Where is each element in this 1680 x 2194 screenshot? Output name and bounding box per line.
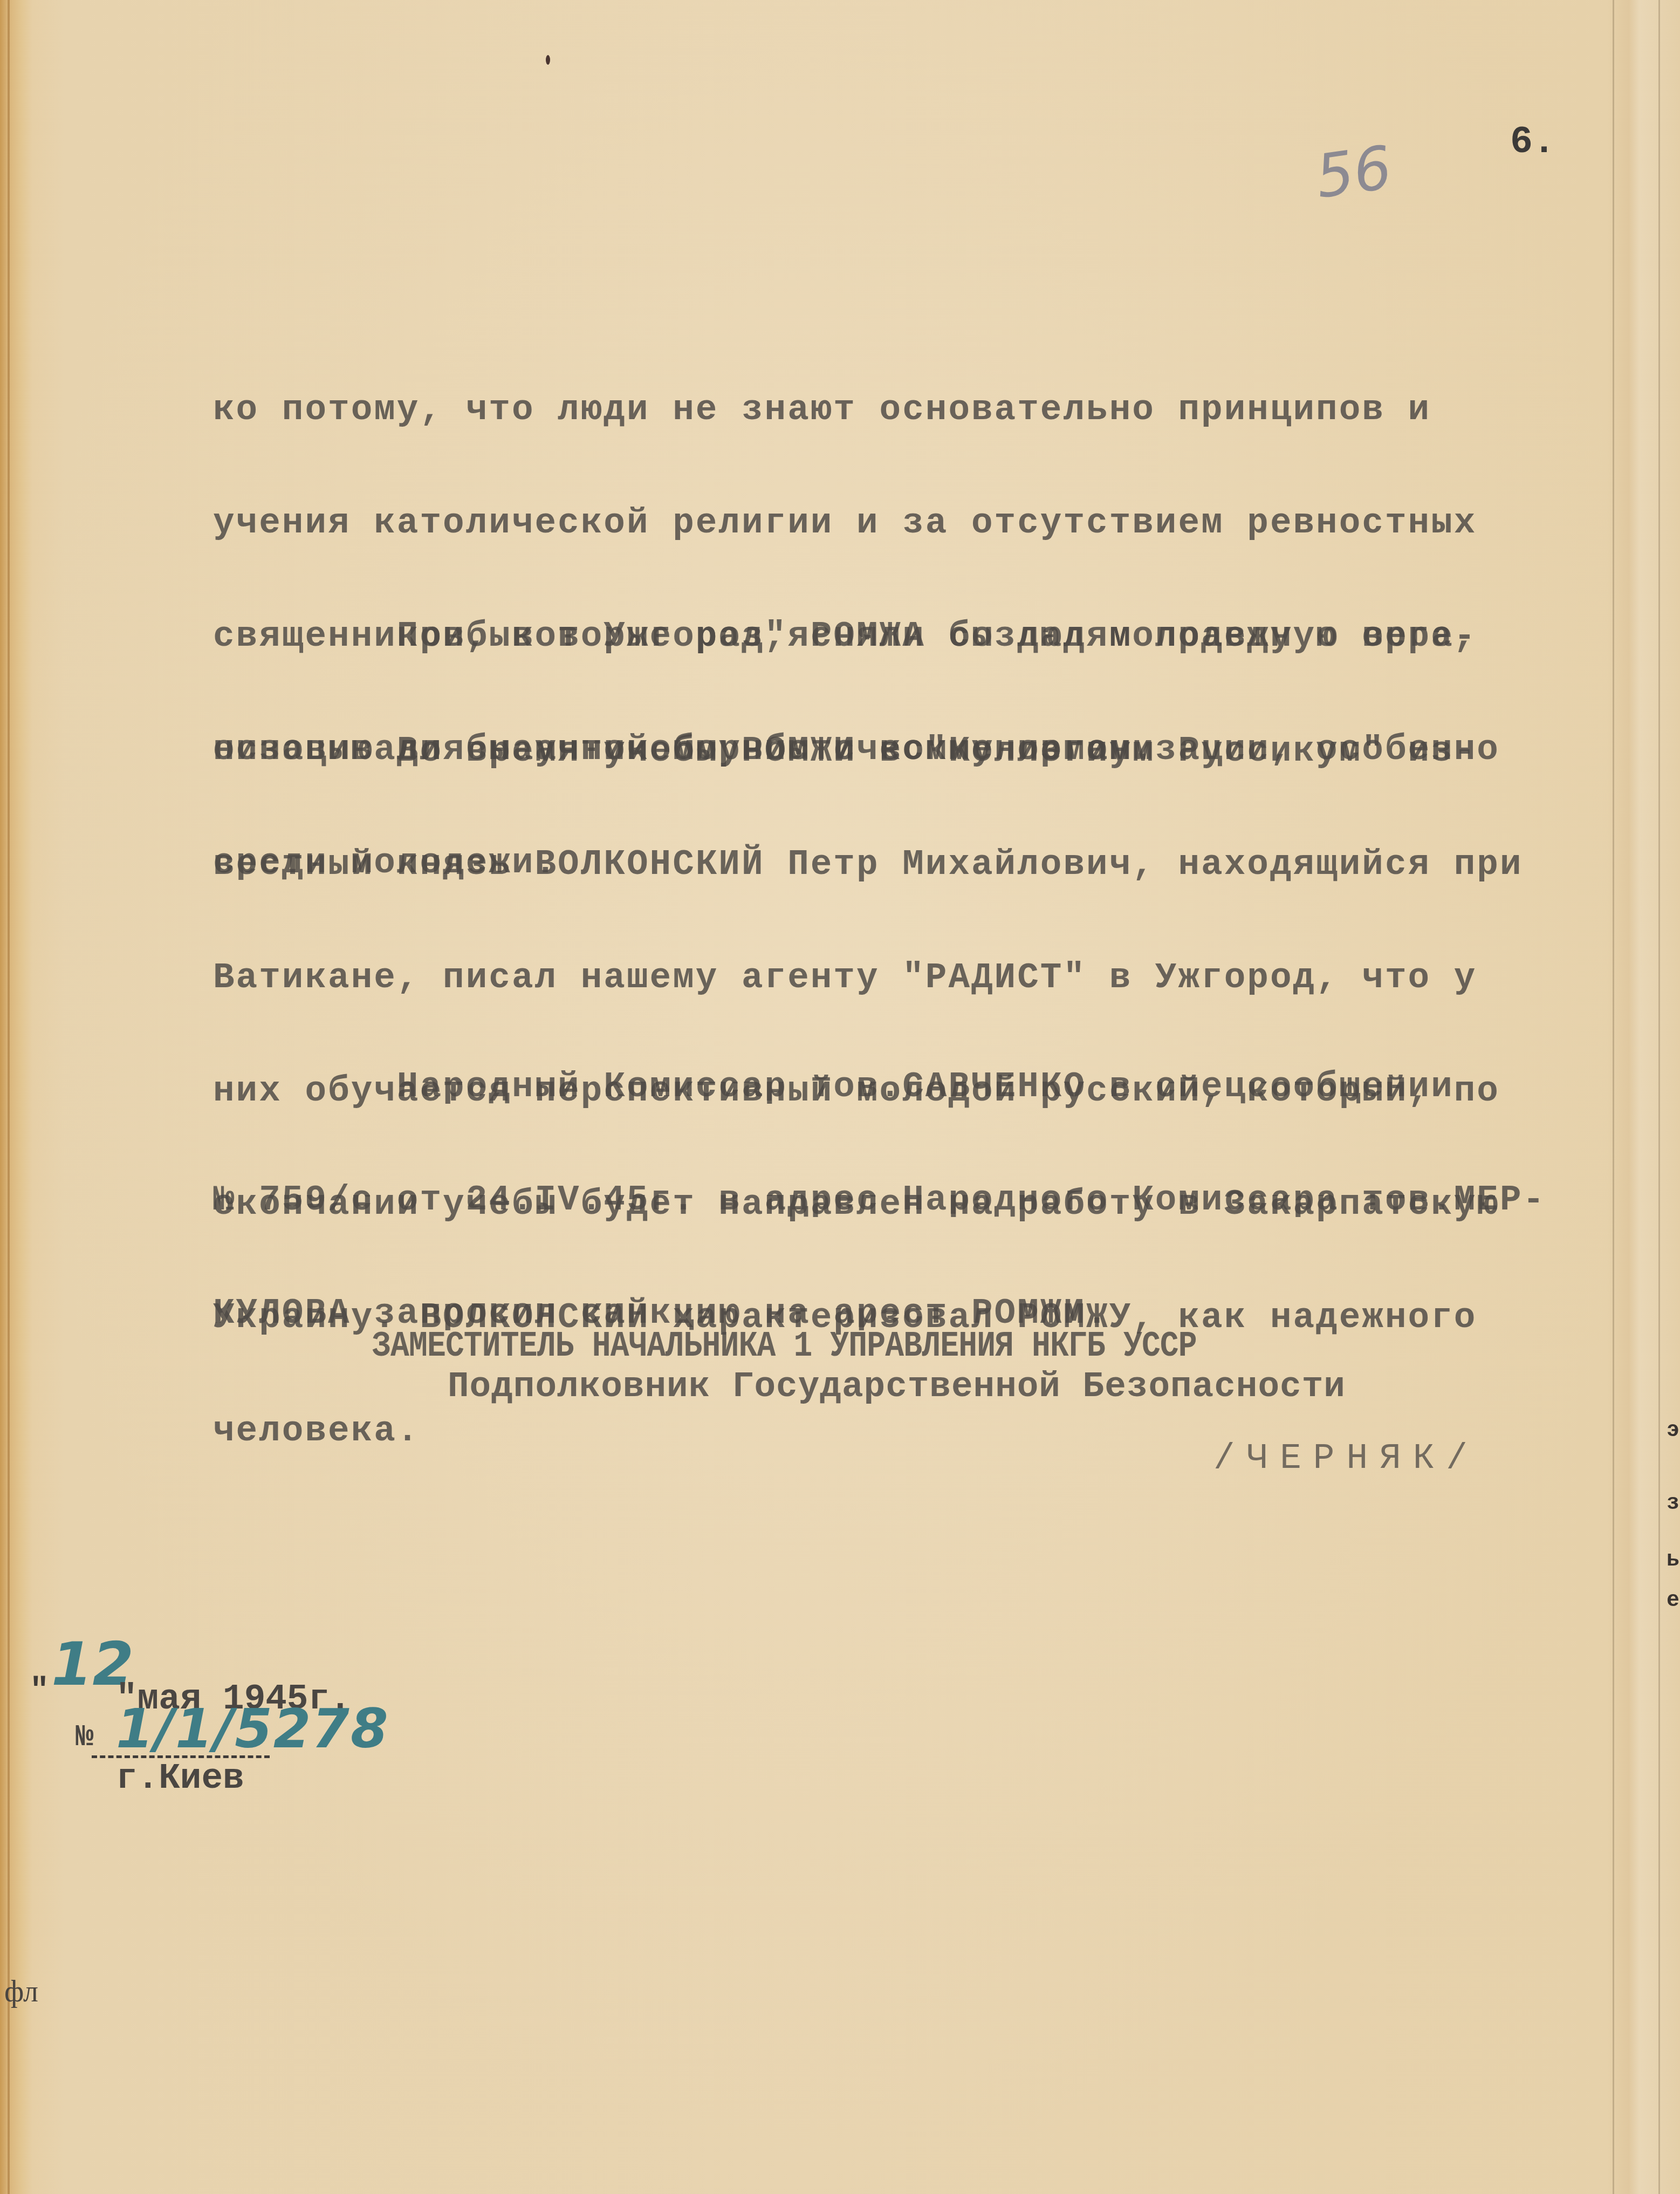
text-line: Ватикане, писал нашему агенту "РАДИСТ" в…	[213, 959, 1523, 997]
date-quote-open: "	[30, 1672, 49, 1710]
text-line: № 759/с от 24.IV.45г. в адрес Народного …	[213, 1181, 1546, 1219]
text-line: учения католической религии и за отсутст…	[213, 504, 1500, 542]
edge-mark: е	[1667, 1589, 1679, 1613]
edge-mark: ь	[1667, 1548, 1679, 1573]
edge-mark: з	[1667, 1492, 1679, 1516]
folio-number-handwritten: 56	[1312, 133, 1396, 211]
signatory-rank: Подполковник Государственной Безопасност…	[448, 1368, 1346, 1406]
ink-blot	[546, 55, 550, 65]
text-line: вестный князь ВОЛКОНСКИЙ Петр Михайлович…	[213, 846, 1523, 884]
page-edge-line	[1658, 0, 1660, 2194]
text-line: Во время учебы РОМЖИ в "Коллегиум Руссик…	[213, 733, 1523, 770]
text-line: Прибыв в Ужгород, РОМЖА создал молодежну…	[213, 618, 1477, 655]
archival-document-page: 56 6. ко потому, что люди не знают основ…	[0, 0, 1680, 2194]
text-line: Народный Комиссар тов.САВЧЕНКО в спецсоо…	[213, 1068, 1546, 1106]
text-line: ко потому, что люди не знают основательн…	[213, 391, 1500, 429]
document-number-label: №	[76, 1718, 94, 1756]
margin-note: фл	[4, 1974, 38, 2009]
date-day-handwritten: 12	[51, 1645, 134, 1683]
document-number-handwritten: 1/1/5278	[116, 1710, 389, 1748]
edge-mark: э	[1667, 1419, 1679, 1443]
page-fold-line	[1613, 0, 1614, 2194]
document-city: г.Киев	[116, 1760, 244, 1797]
signatory-title: ЗАМЕСТИТЕЛЬ НАЧАЛЬНИКА 1 УПРАВЛЕНИЯ НКГБ…	[372, 1327, 1197, 1366]
page-number: 6.	[1510, 121, 1555, 164]
signatory-name: /ЧЕРНЯК/	[1213, 1439, 1479, 1478]
